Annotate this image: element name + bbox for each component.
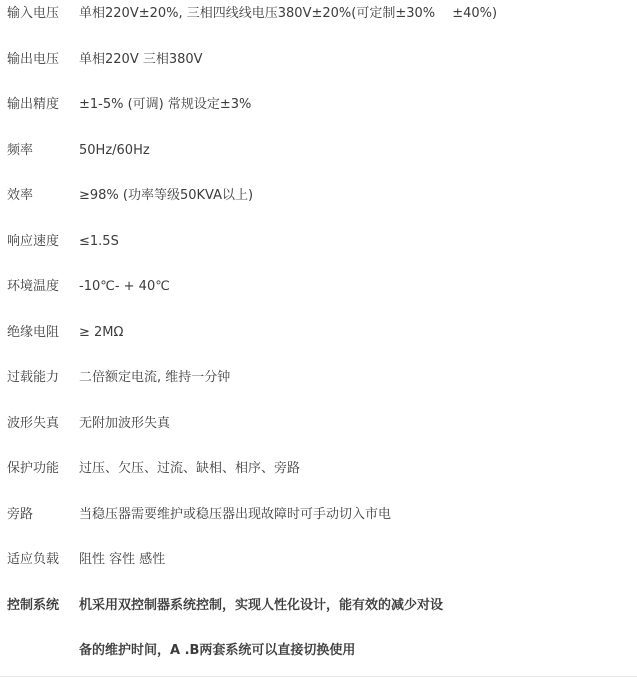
spec-value-line: 机采用双控制器系统控制，实现人性化设计，能有效的减少对设 <box>79 597 627 614</box>
spec-label: 输出电压 <box>7 51 79 68</box>
spec-row-11: 保护功能 过压、欠压、过流、缺相、相序、旁路 <box>7 460 627 506</box>
spec-label: 保护功能 <box>7 460 79 477</box>
spec-row-14: 控制系统 机采用双控制器系统控制，实现人性化设计，能有效的减少对设备的维护时间，… <box>7 597 627 660</box>
spec-label: 环境温度 <box>7 278 79 295</box>
spec-label: 效率 <box>7 187 79 204</box>
spec-row-10: 波形失真 无附加波形失真 <box>7 415 627 461</box>
spec-label: 波形失真 <box>7 415 79 432</box>
spec-row-3: 输出精度 ±1-5% (可调) 常规设定±3% <box>7 96 627 142</box>
spec-value: ≥98% (功率等级50KVA以上) <box>79 187 627 204</box>
spec-value: 无附加波形失真 <box>79 415 627 432</box>
spec-label: 响应速度 <box>7 233 79 250</box>
spec-label: 输出精度 <box>7 96 79 113</box>
spec-label: 适应负载 <box>7 551 79 568</box>
spec-row-2: 输出电压 单相220V 三相380V <box>7 51 627 97</box>
spec-row-7: 环境温度 -10℃- + 40℃ <box>7 278 627 324</box>
spec-value: ±1-5% (可调) 常规设定±3% <box>79 96 627 113</box>
spec-row-4: 频率 50Hz/60Hz <box>7 142 627 188</box>
spec-value: ≥ 2MΩ <box>79 324 627 341</box>
spec-value: 机采用双控制器系统控制，实现人性化设计，能有效的减少对设备的维护时间，A .B两… <box>79 597 627 660</box>
spec-value: 过压、欠压、过流、缺相、相序、旁路 <box>79 460 627 477</box>
spec-label: 旁路 <box>7 506 79 523</box>
spec-label: 频率 <box>7 142 79 159</box>
spec-value: -10℃- + 40℃ <box>79 278 627 295</box>
spec-value-line: 备的维护时间，A .B两套系统可以直接切换使用 <box>79 642 627 659</box>
spec-value: 50Hz/60Hz <box>79 142 627 159</box>
spec-value: ≤1.5S <box>79 233 627 250</box>
spec-label: 绝缘电阻 <box>7 324 79 341</box>
spec-label: 控制系统 <box>7 597 79 614</box>
spec-row-13: 适应负载 阻性 容性 感性 <box>7 551 627 597</box>
spec-value: 阻性 容性 感性 <box>79 551 627 568</box>
spec-row-8: 绝缘电阻 ≥ 2MΩ <box>7 324 627 370</box>
spec-value: 二倍额定电流, 维持一分钟 <box>79 369 627 386</box>
spec-row-12: 旁路 当稳压器需要维护或稳压器出现故障时可手动切入市电 <box>7 506 627 552</box>
spec-value: 单相220V±20%, 三相四线线电压380V±20%(可定制±30% ±40%… <box>79 5 627 22</box>
spec-row-6: 响应速度 ≤1.5S <box>7 233 627 279</box>
spec-value: 单相220V 三相380V <box>79 51 627 68</box>
spec-row-1: 输入电压 单相220V±20%, 三相四线线电压380V±20%(可定制±30%… <box>7 5 627 51</box>
spec-value: 当稳压器需要维护或稳压器出现故障时可手动切入市电 <box>79 506 627 523</box>
spec-label: 输入电压 <box>7 5 79 22</box>
spec-sheet: 输入电压 单相220V±20%, 三相四线线电压380V±20%(可定制±30%… <box>0 0 637 677</box>
spec-label: 过载能力 <box>7 369 79 386</box>
spec-row-9: 过载能力 二倍额定电流, 维持一分钟 <box>7 369 627 415</box>
spec-row-5: 效率 ≥98% (功率等级50KVA以上) <box>7 187 627 233</box>
